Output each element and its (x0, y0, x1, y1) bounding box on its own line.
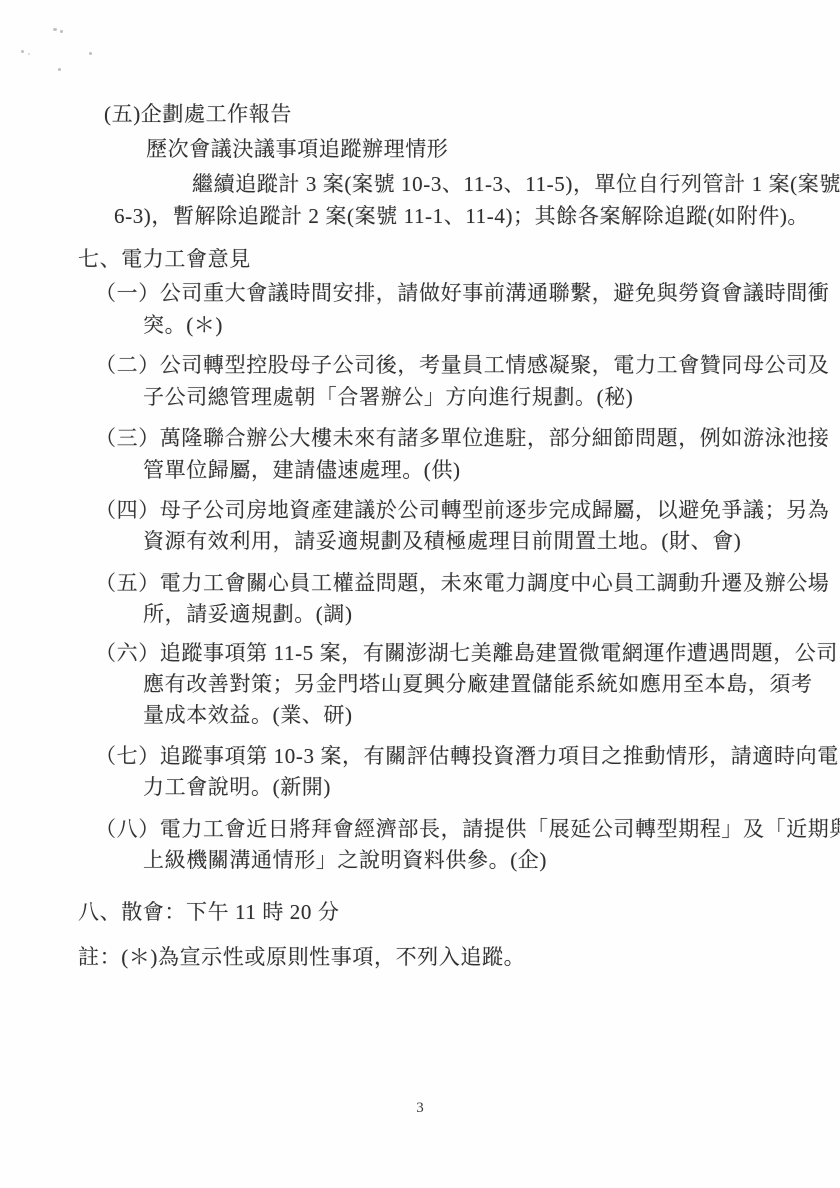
opinion-item-5-line1: （五）電力工會關心員工權益問題，未來電力調度中心員工調動升遷及辦公場 (95, 570, 829, 596)
opinion-item-2-line1: （二）公司轉型控股母子公司後，考量員工情感凝聚，電力工會贊同母公司及 (95, 352, 829, 378)
planning-report-body-line1: 繼續追蹤計 3 案(案號 10-3、11-3、11-5)，單位自行列管計 1 案… (192, 171, 840, 197)
section7-heading: 七、電力工會意見 (78, 246, 251, 272)
opinion-item-6-line2: 應有改善對策；另金門塔山夏興分廠建置儲能系統如應用至本島，須考 (143, 671, 813, 697)
opinion-item-7-line1: （七）追蹤事項第 10-3 案，有關評估轉投資潛力項目之推動情形，請適時向電 (95, 743, 839, 769)
scan-speck (89, 52, 92, 55)
planning-report-body-line2: 6-3)，暫解除追蹤計 2 案(案號 11-1、11-4)；其餘各案解除追蹤(如… (114, 203, 809, 229)
opinion-item-1-line1: （一）公司重大會議時間安排，請做好事前溝通聯繫，避免與勞資會議時間衝 (95, 280, 829, 306)
scan-speck (60, 30, 63, 33)
page-number: 3 (0, 1100, 840, 1117)
planning-report-subheading: 歷次會議決議事項追蹤辦理情形 (146, 136, 448, 162)
footnote-line: 註：(＊)為宣示性或原則性事項，不列入追蹤。 (78, 944, 525, 970)
opinion-item-3-line2: 管單位歸屬，建請儘速處理。(供) (143, 457, 461, 483)
scan-speck (58, 68, 61, 71)
opinion-item-3-line1: （三）萬隆聯合辦公大樓未來有諸多單位進駐，部分細節問題，例如游泳池接 (95, 425, 829, 451)
scanned-document-page: (五)企劃處工作報告 歷次會議決議事項追蹤辦理情形 繼續追蹤計 3 案(案號 1… (0, 0, 840, 1188)
opinion-item-8-line2: 上級機關溝通情形」之說明資料供參。(企) (143, 847, 547, 873)
opinion-item-7-line2: 力工會說明。(新開) (143, 774, 331, 800)
opinion-item-1-line2: 突。(＊) (143, 312, 223, 338)
scan-speck (28, 53, 30, 55)
opinion-item-8-line1: （八）電力工會近日將拜會經濟部長，請提供「展延公司轉型期程」及「近期與 (95, 816, 840, 842)
scan-speck (21, 50, 24, 53)
opinion-item-4-line2: 資源有效利用，請妥適規劃及積極處理目前閒置土地。(財、會) (143, 528, 741, 554)
opinion-item-2-line2: 子公司總管理處朝「合署辦公」方向進行規劃。(秘) (143, 384, 633, 410)
opinion-item-6-line3: 量成本效益。(業、研) (143, 702, 353, 728)
scan-speck (53, 28, 57, 31)
adjournment-line: 八、散會：下午 11 時 20 分 (78, 899, 339, 925)
opinion-item-6-line1: （六）追蹤事項第 11-5 案，有關澎湖七美離島建置微電網運作遭遇問題，公司 (95, 640, 838, 666)
opinion-item-4-line1: （四）母子公司房地資產建議於公司轉型前逐步完成歸屬，以避免爭議；另為 (95, 497, 829, 523)
opinion-item-5-line2: 所，請妥適規劃。(調) (143, 601, 353, 627)
planning-report-heading: (五)企劃處工作報告 (104, 101, 292, 127)
